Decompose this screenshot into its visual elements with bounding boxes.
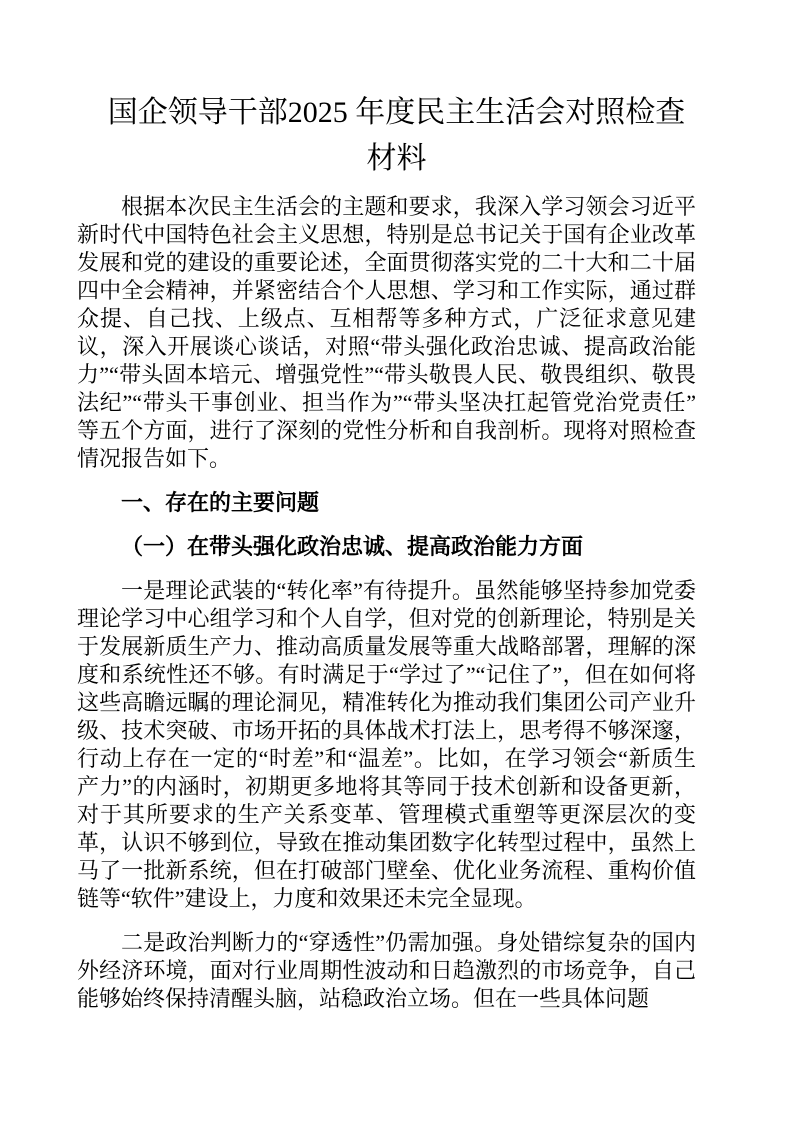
problem-item-2: 二是政治判断力的“穿透性”仍需加强。身处错综复杂的国内外经济环境，面对行业周期性…	[77, 929, 696, 1013]
section-1-heading: 一、存在的主要问题	[77, 489, 696, 517]
doc-title: 国企领导干部2025 年度民主生活会对照检查材料	[101, 90, 693, 182]
problem-item-1: 一是理论武装的“转化率”有待提升。虽然能够坚持参加党委理论学习中心组学习和个人自…	[77, 577, 696, 913]
subsection-1-1-heading: （一）在带头强化政治忠诚、提高政治能力方面	[77, 533, 696, 561]
intro-paragraph: 根据本次民主生活会的主题和要求，我深入学习领会习近平新时代中国特色社会主义思想，…	[77, 193, 696, 473]
document-page: 国企领导干部2025 年度民主生活会对照检查材料 根据本次民主生活会的主题和要求…	[0, 0, 793, 1121]
